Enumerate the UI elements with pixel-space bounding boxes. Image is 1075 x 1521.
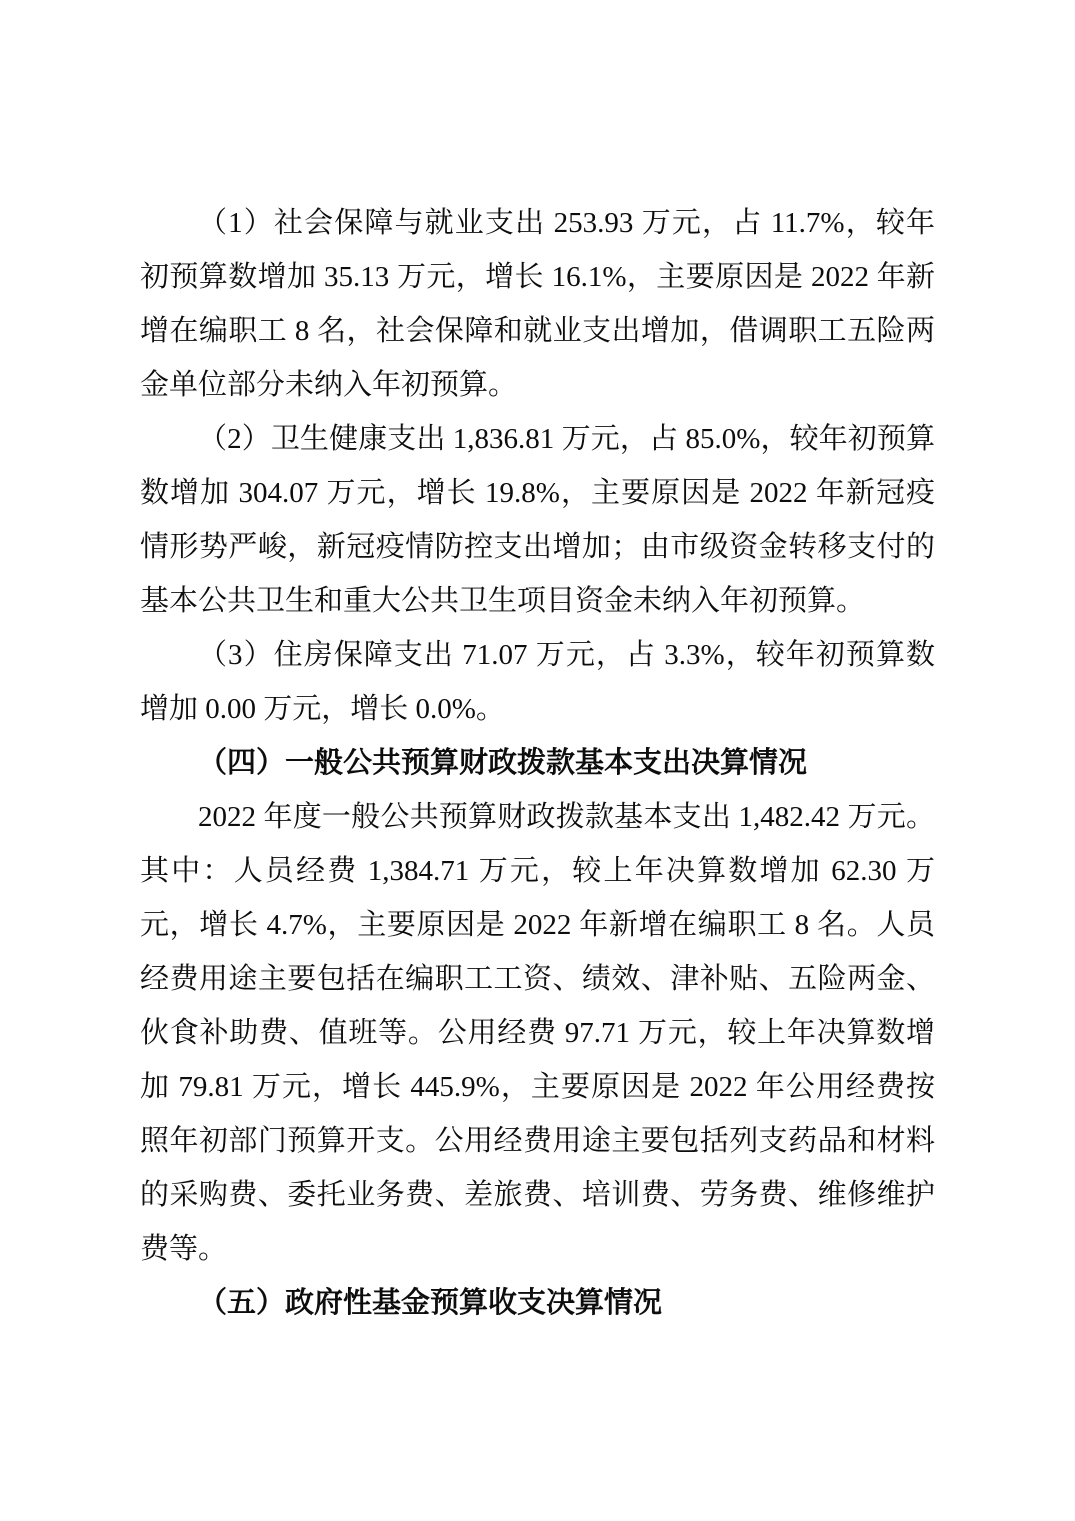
paragraph-basic-expenditure-detail: 2022 年度一般公共预算财政拨款基本支出 1,482.42 万元。其中：人员经… [140,790,935,1276]
paragraph-health-expenditure: （2）卫生健康支出 1,836.81 万元，占 85.0%，较年初预算数增加 3… [140,412,935,628]
heading-basic-expenditure-section: （四）一般公共预算财政拨款基本支出决算情况 [140,736,935,790]
paragraph-housing-expenditure: （3）住房保障支出 71.07 万元，占 3.3%，较年初预算数增加 0.00 … [140,628,935,736]
heading-government-fund-section: （五）政府性基金预算收支决算情况 [140,1276,935,1330]
document-body: （1）社会保障与就业支出 253.93 万元，占 11.7%，较年初预算数增加 … [140,196,935,1330]
document-page: （1）社会保障与就业支出 253.93 万元，占 11.7%，较年初预算数增加 … [0,0,1075,1521]
paragraph-social-security-expenditure: （1）社会保障与就业支出 253.93 万元，占 11.7%，较年初预算数增加 … [140,196,935,412]
